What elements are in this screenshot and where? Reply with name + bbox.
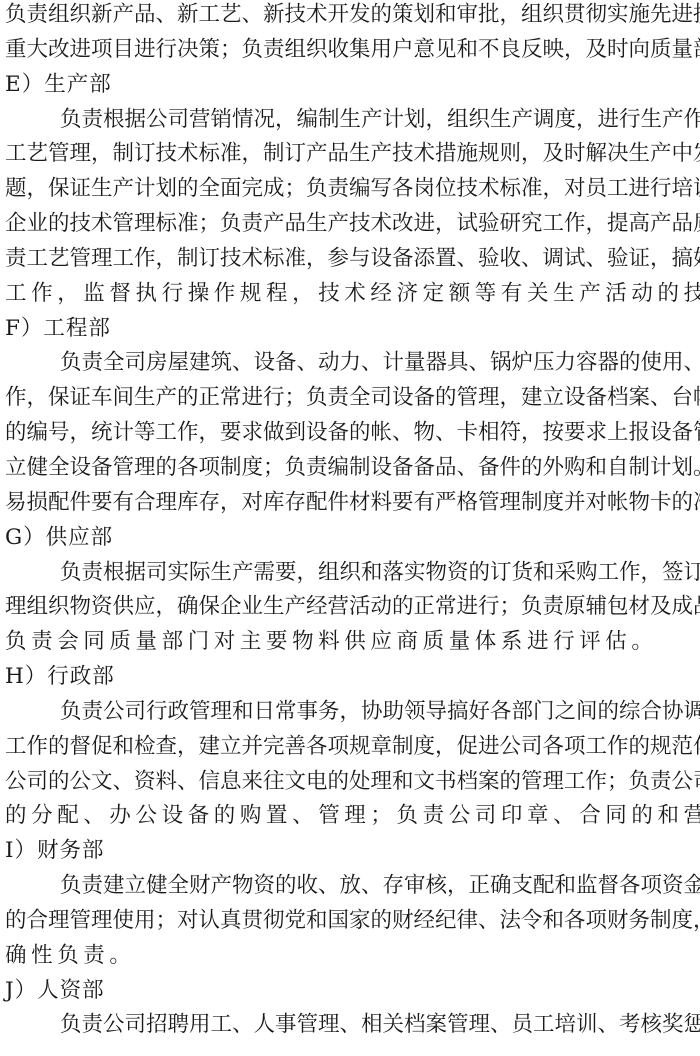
paragraph-line: 负责公司行政管理和日常事务，协助领导搞好各部门之间的综合协调，加强对各项 [5,695,695,730]
section-heading: E）生产部 [5,68,695,103]
paragraph-line: 的编号，统计等工作，要求做到设备的帐、物、卡相符，按要求上报设备管理报表，建 [5,416,695,451]
paragraph-line: 负责建立健全财产物资的收、放、存审核，正确支配和监督各项资金、物资、财产 [5,869,695,904]
paragraph-line: 公司的公文、资料、信息来往文电的处理和文书档案的管理工作；负责公司办公室房屋 [5,765,695,800]
section-heading: H）行政部 [5,660,695,695]
paragraph-line: 题，保证生产计划的全面完成；负责编写各岗位技术标准，对员工进行培训，贯彻实施 [5,172,695,207]
document-page: 负责组织新产品、新工艺、新技术开发的策划和审批，组织贯彻实施先进技术标准，对重大… [5,0,695,1043]
section-heading: J）人资部 [5,974,695,1009]
paragraph-line: 工艺管理，制订技术标准，制订产品生产技术措施规则，及时解决生产中发生的技术问 [5,137,695,172]
section-heading: I）财务部 [5,834,695,869]
paragraph-line: 的分配、办公设备的购置、管理；负责公司印章、合同的和营业证件的管理。 [5,799,695,834]
paragraph-line: 重大改进项目进行决策；负责组织收集用户意见和不良反映，及时向质量部反馈信息。 [5,33,695,68]
paragraph-line: 易损配件要有合理库存，对库存配件材料要有严格管理制度并对帐物卡的准确性负责。 [5,486,695,521]
paragraph-line: 的合理管理使用；对认真贯彻党和国家的财经纪律、法令和各项财务制度，以及税利准 [5,904,695,939]
paragraph-line: 责工艺管理工作，制订技术标准，参与设备添置、验收、调试、验证，搞好安全生产等 [5,242,695,277]
paragraph-line: 负责组织新产品、新工艺、新技术开发的策划和审批，组织贯彻实施先进技术标准，对 [5,0,695,33]
paragraph-line: 工作，监督执行操作规程，技术经济定额等有关生产活动的技术性工作。 [5,277,695,312]
paragraph-line: 负责全司房屋建筑、设备、动力、计量器具、锅炉压力容器的使用、维护与保养工 [5,346,695,381]
paragraph-line: 理组织物资供应，确保企业生产经营活动的正常进行；负责原辅包材及成品的库存管理； [5,590,695,625]
paragraph-line: 确性负责。 [5,939,695,974]
paragraph-line: 负责根据司实际生产需要，组织和落实物资的订货和采购工作，签订供货合同，合 [5,556,695,591]
paragraph-line: 企业的技术管理标准；负责产品生产技术改进，试验研究工作，提高产品质量水平；负 [5,207,695,242]
paragraph-line: 负责根据公司营销情况，编制生产计划，组织生产调度，进行生产作业统计，负责 [5,103,695,138]
paragraph-line: 负责公司招聘用工、人事管理、相关档案管理、员工培训、考核奖惩管理；负责公 [5,1008,695,1043]
paragraph-line: 作，保证车间生产的正常进行；负责全司设备的管理，建立设备档案、台帐，做好设备 [5,381,695,416]
section-heading: F）工程部 [5,312,695,347]
paragraph-line: 立健全设备管理的各项制度；负责编制设备备品、备件的外购和自制计划。对零配件和 [5,451,695,486]
paragraph-line: 工作的督促和检查，建立并完善各项规章制度，促进公司各项工作的规范化管理；负责 [5,730,695,765]
paragraph-line: 负责会同质量部门对主要物料供应商质量体系进行评估。 [5,625,695,660]
section-heading: G）供应部 [5,521,695,556]
